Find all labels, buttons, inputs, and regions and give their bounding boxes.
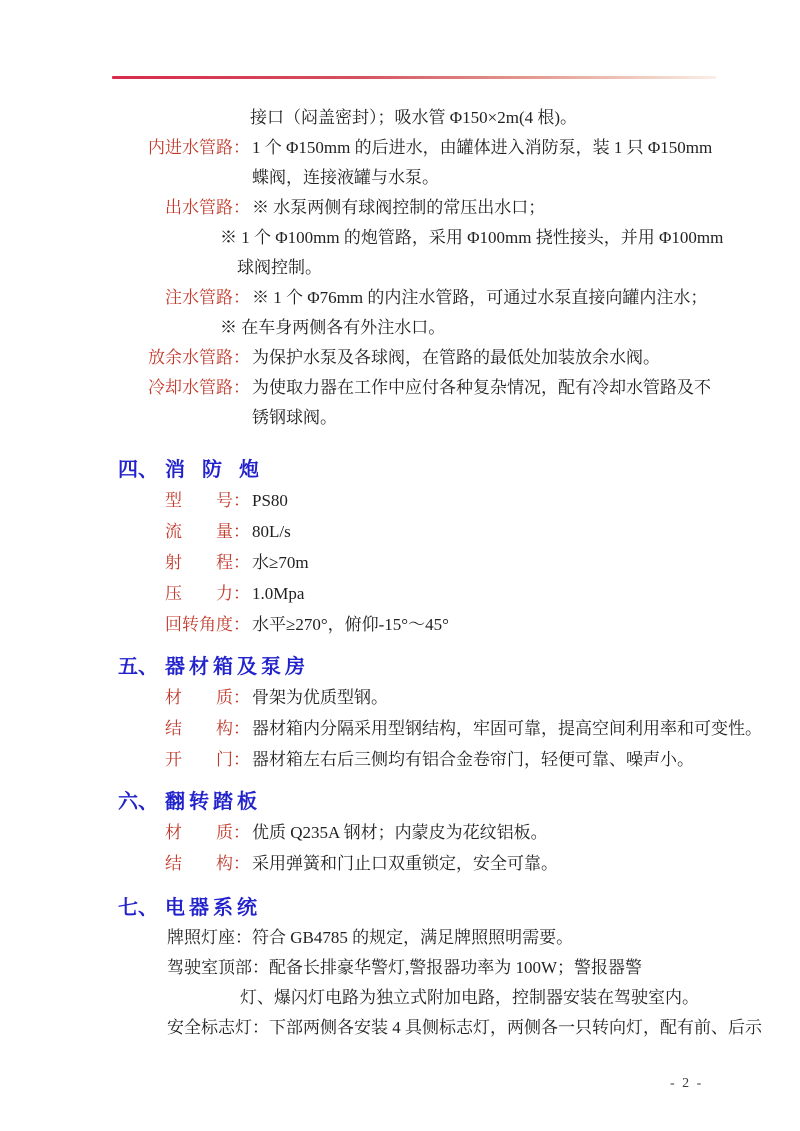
pipe-label-outlet: 出水管路： xyxy=(145,193,250,223)
spec-row-doors: 开 门： 器材箱左右后三侧均有铝合金卷帘门，轻便可靠、噪声小。 xyxy=(145,744,724,775)
pipe-cont-outlet-1: ※ 1 个 Φ100mm 的炮管路，采用 Φ100mm 挠性接头，并用 Φ100… xyxy=(145,223,724,253)
electric-text-license-lamp: 符合 GB4785 的规定，满足牌照照明需要。 xyxy=(252,928,573,947)
section-title: 翻转踏板 xyxy=(165,791,261,813)
section-title: 消防炮 xyxy=(165,459,276,481)
pipe-label-inlet: 内进水管路： xyxy=(145,133,250,163)
spec-label-material: 材 质： xyxy=(145,682,250,713)
pipe-text-drain: 为保护水泵及各球阀，在管路的最低处加装放余水阀。 xyxy=(252,343,724,373)
spec-label-flow: 流 量： xyxy=(145,516,250,547)
document-page: 接口（闷盖密封）；吸水管 Φ150×2m(4 根)。 内进水管路： 1 个 Φ1… xyxy=(0,0,800,1131)
spec-label-range: 射 程： xyxy=(145,547,250,578)
electric-row-cab-roof: 驾驶室顶部：配备长排豪华警灯,警报器功率为 100W；警报器警 xyxy=(145,953,724,983)
spec-label-structure: 结 构： xyxy=(145,848,250,879)
pipe-row-drain: 放余水管路： 为保护水泵及各球阀，在管路的最低处加装放余水阀。 xyxy=(145,343,724,373)
pipe-label-filling: 注水管路： xyxy=(145,283,250,313)
section-heading-equipment-box: 五、器材箱及泵房 xyxy=(118,652,724,682)
spec-label-doors: 开 门： xyxy=(145,744,250,775)
electric-row-license-lamp: 牌照灯座：符合 GB4785 的规定，满足牌照照明需要。 xyxy=(145,923,724,953)
pipes-intro-continuation: 接口（闷盖密封）；吸水管 Φ150×2m(4 根)。 xyxy=(145,103,724,133)
section-number: 七、 xyxy=(118,893,165,923)
electric-text-cab-roof: 配备长排豪华警灯,警报器功率为 100W；警报器警 xyxy=(269,958,642,977)
spec-row-model: 型 号： PS80 xyxy=(145,485,724,516)
pipe-row-filling: 注水管路： ※ 1 个 Φ76mm 的内注水管路，可通过水泵直接向罐内注水； xyxy=(145,283,724,313)
spec-value-material: 优质 Q235A 钢材；内蒙皮为花纹铝板。 xyxy=(252,817,724,848)
spec-value-rotation: 水平≥270°，俯仰-15°～45° xyxy=(252,609,724,640)
section-heading-fire-monitor: 四、消防炮 xyxy=(118,455,724,485)
spec-value-doors: 器材箱左右后三侧均有铝合金卷帘门，轻便可靠、噪声小。 xyxy=(252,744,724,775)
section-number: 五、 xyxy=(118,652,165,682)
spec-value-flow: 80L/s xyxy=(252,516,724,547)
pipe-text-filling: ※ 1 个 Φ76mm 的内注水管路，可通过水泵直接向罐内注水； xyxy=(252,283,724,313)
section-heading-electrical: 七、电器系统 xyxy=(118,893,724,923)
spec-label-pressure: 压 力： xyxy=(145,578,250,609)
pipe-text-inlet: 1 个 Φ150mm 的后进水，由罐体进入消防泵，装 1 只 Φ150mm xyxy=(252,133,724,163)
spec-value-material: 骨架为优质型钢。 xyxy=(252,682,724,713)
spec-row-pressure: 压 力： 1.0Mpa xyxy=(145,578,724,609)
section-number: 四、 xyxy=(118,455,165,485)
section-fire-monitor: 四、消防炮 型 号： PS80 流 量： 80L/s 射 程： 水≥70m 压 … xyxy=(145,455,724,640)
section-flip-step: 六、翻转踏板 材 质： 优质 Q235A 钢材；内蒙皮为花纹铝板。 结 构： 采… xyxy=(145,787,724,879)
spec-label-structure: 结 构： xyxy=(145,713,250,744)
pipe-label-drain: 放余水管路： xyxy=(145,343,250,373)
electric-label-license-lamp: 牌照灯座： xyxy=(167,928,252,947)
pipe-cont-outlet-2: 球阀控制。 xyxy=(145,253,724,283)
pipe-row-outlet: 出水管路： ※ 水泵两侧有球阀控制的常压出水口； xyxy=(145,193,724,223)
section-number: 六、 xyxy=(118,787,165,817)
spec-label-material: 材 质： xyxy=(145,817,250,848)
pipe-row-cooling: 冷却水管路： 为使取力器在工作中应付各种复杂情况，配有冷却水管路及不 xyxy=(145,373,724,403)
page-number: - 2 - xyxy=(670,1076,703,1092)
spec-label-rotation: 回转角度： xyxy=(145,609,250,640)
electric-cont-cab-roof: 灯、爆闪灯电路为独立式附加电路，控制器安装在驾驶室内。 xyxy=(145,983,724,1013)
spec-row-material: 材 质： 优质 Q235A 钢材；内蒙皮为花纹铝板。 xyxy=(145,817,724,848)
section-equipment-box: 五、器材箱及泵房 材 质： 骨架为优质型钢。 结 构： 器材箱内分隔采用型钢结构… xyxy=(145,652,724,775)
pipe-cont-cooling: 锈钢球阀。 xyxy=(145,403,724,433)
electric-text-safety-lamp: 下部两侧各安装 4 具侧标志灯，两侧各一只转向灯，配有前、后示 xyxy=(269,1018,762,1037)
spec-value-structure: 采用弹簧和门止口双重锁定，安全可靠。 xyxy=(252,848,724,879)
electric-label-cab-roof: 驾驶室顶部： xyxy=(167,958,269,977)
spec-value-range: 水≥70m xyxy=(252,547,724,578)
spec-value-structure: 器材箱内分隔采用型钢结构，牢固可靠，提高空间利用率和可变性。 xyxy=(252,713,762,744)
section-title: 电器系统 xyxy=(165,897,261,919)
pipe-text-outlet: ※ 水泵两侧有球阀控制的常压出水口； xyxy=(252,193,724,223)
spec-label-model: 型 号： xyxy=(145,485,250,516)
electric-row-safety-lamp: 安全标志灯：下部两侧各安装 4 具侧标志灯，两侧各一只转向灯，配有前、后示 xyxy=(145,1013,724,1043)
document-body: 接口（闷盖密封）；吸水管 Φ150×2m(4 根)。 内进水管路： 1 个 Φ1… xyxy=(0,103,800,1043)
section-title: 器材箱及泵房 xyxy=(165,656,309,678)
spec-value-model: PS80 xyxy=(252,485,724,516)
spec-row-flow: 流 量： 80L/s xyxy=(145,516,724,547)
electric-label-safety-lamp: 安全标志灯： xyxy=(167,1018,269,1037)
section-heading-flip-step: 六、翻转踏板 xyxy=(118,787,724,817)
spec-row-structure: 结 构： 器材箱内分隔采用型钢结构，牢固可靠，提高空间利用率和可变性。 xyxy=(145,713,724,744)
pipe-row-inlet: 内进水管路： 1 个 Φ150mm 的后进水，由罐体进入消防泵，装 1 只 Φ1… xyxy=(145,133,724,163)
pipe-cont-filling: ※ 在车身两侧各有外注水口。 xyxy=(145,313,724,343)
header-rule-line xyxy=(112,76,716,79)
spec-row-range: 射 程： 水≥70m xyxy=(145,547,724,578)
pipe-label-cooling: 冷却水管路： xyxy=(145,373,250,403)
spec-row-rotation: 回转角度： 水平≥270°，俯仰-15°～45° xyxy=(145,609,724,640)
section-electrical: 七、电器系统 牌照灯座：符合 GB4785 的规定，满足牌照照明需要。 驾驶室顶… xyxy=(145,893,724,1043)
pipe-text-cooling: 为使取力器在工作中应付各种复杂情况，配有冷却水管路及不 xyxy=(252,373,724,403)
pipe-cont-inlet: 蝶阀，连接液罐与水泵。 xyxy=(145,163,724,193)
spec-row-structure: 结 构： 采用弹簧和门止口双重锁定，安全可靠。 xyxy=(145,848,724,879)
spec-row-material: 材 质： 骨架为优质型钢。 xyxy=(145,682,724,713)
spec-value-pressure: 1.0Mpa xyxy=(252,578,724,609)
